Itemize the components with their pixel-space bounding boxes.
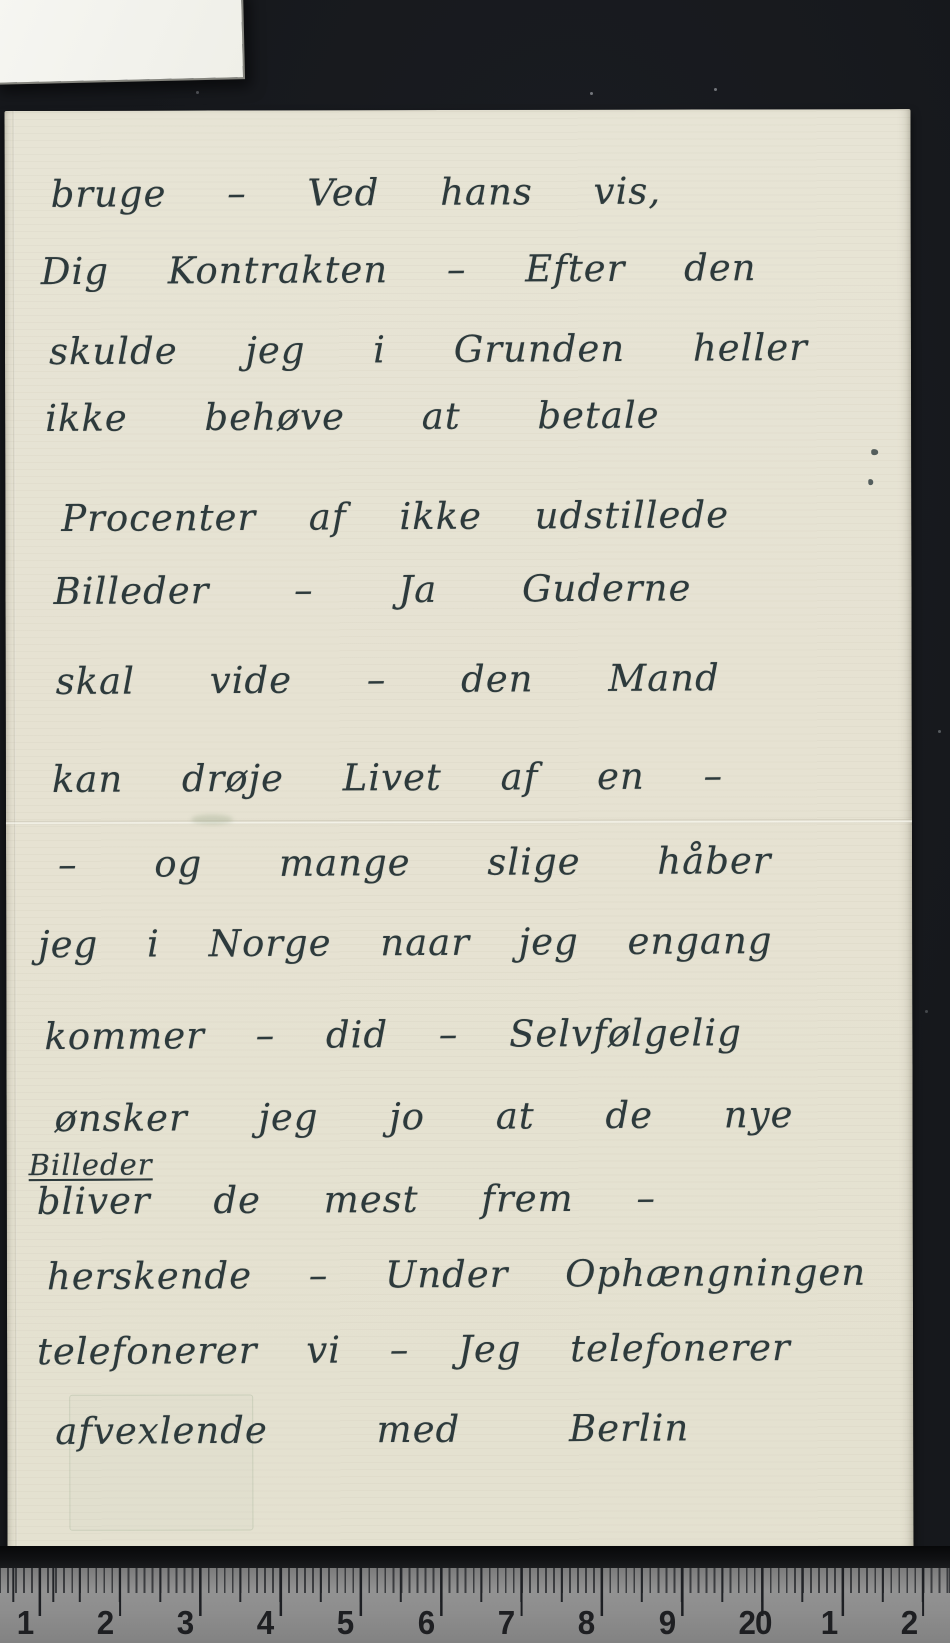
ink-speck (868, 479, 873, 485)
dust-speck (925, 1010, 928, 1013)
handwriting-line: jeg i Norge naar jeg engang (38, 922, 772, 963)
ruler-number: 7 (478, 1604, 535, 1642)
handwriting-line: ikke behøve at betale (45, 397, 660, 437)
handwriting-line: herskende – Under Ophængningen (47, 1254, 866, 1296)
handwriting-line: ønsker jeg jo at de nye (54, 1096, 793, 1137)
left-edge-crease (12, 111, 17, 1555)
handwriting-line: skulde jeg i Grunden heller (49, 329, 808, 370)
handwriting-line: kan drøje Livet af en – (52, 757, 723, 798)
white-paper-scrap (0, 0, 243, 83)
ruler-number: 2 (77, 1604, 134, 1642)
ruler-number: 1 (801, 1604, 858, 1642)
fold-crease (6, 819, 912, 825)
inserted-word-underlined: Billeder (29, 1150, 153, 1180)
ruler-number: 1 (0, 1604, 54, 1642)
scanned-letter-photo: bruge – Ved hans vis, Dig Kontrakten – E… (0, 0, 950, 1643)
handwriting-line: bruge – Ved hans vis, (51, 173, 662, 213)
dust-speck (196, 91, 199, 94)
handwriting-line: afvexlende med Berlin (55, 1409, 689, 1450)
handwriting-line: – og mange slige håber (58, 842, 772, 883)
handwriting-line: bliver de mest frem – (37, 1180, 656, 1220)
handwriting-line: Billeder – Ja Guderne (53, 569, 691, 610)
ruler-number: 20 (727, 1604, 784, 1642)
crease-smudge (191, 814, 233, 824)
ruler: 1 2 3 4 5 6 7 8 9 20 1 2 (0, 1568, 950, 1643)
dust-speck (938, 730, 941, 733)
dust-speck (590, 92, 593, 95)
handwriting-line: Dig Kontrakten – Efter den (41, 249, 757, 290)
letter-page: bruge – Ved hans vis, Dig Kontrakten – E… (4, 109, 913, 1555)
ruler-number: 4 (237, 1604, 294, 1642)
ruler-number: 9 (639, 1604, 696, 1642)
handwriting-line: skal vide – den Mand (56, 659, 720, 700)
ruler-number: 8 (558, 1604, 615, 1642)
ruler-number: 6 (398, 1604, 455, 1642)
ruler-number: 5 (317, 1604, 374, 1642)
ink-speck (871, 449, 878, 455)
handwriting-line: telefonerer vi – Jeg telefonerer (37, 1329, 791, 1370)
dust-speck (714, 88, 717, 91)
ruler-number: 2 (881, 1604, 938, 1642)
handwriting-line: Procenter af ikke udstillede (61, 496, 729, 537)
ruler-number: 3 (157, 1604, 214, 1642)
handwriting-line: kommer – did – Selvfølgelig (44, 1014, 742, 1055)
ruler-top-edge (0, 1546, 950, 1568)
